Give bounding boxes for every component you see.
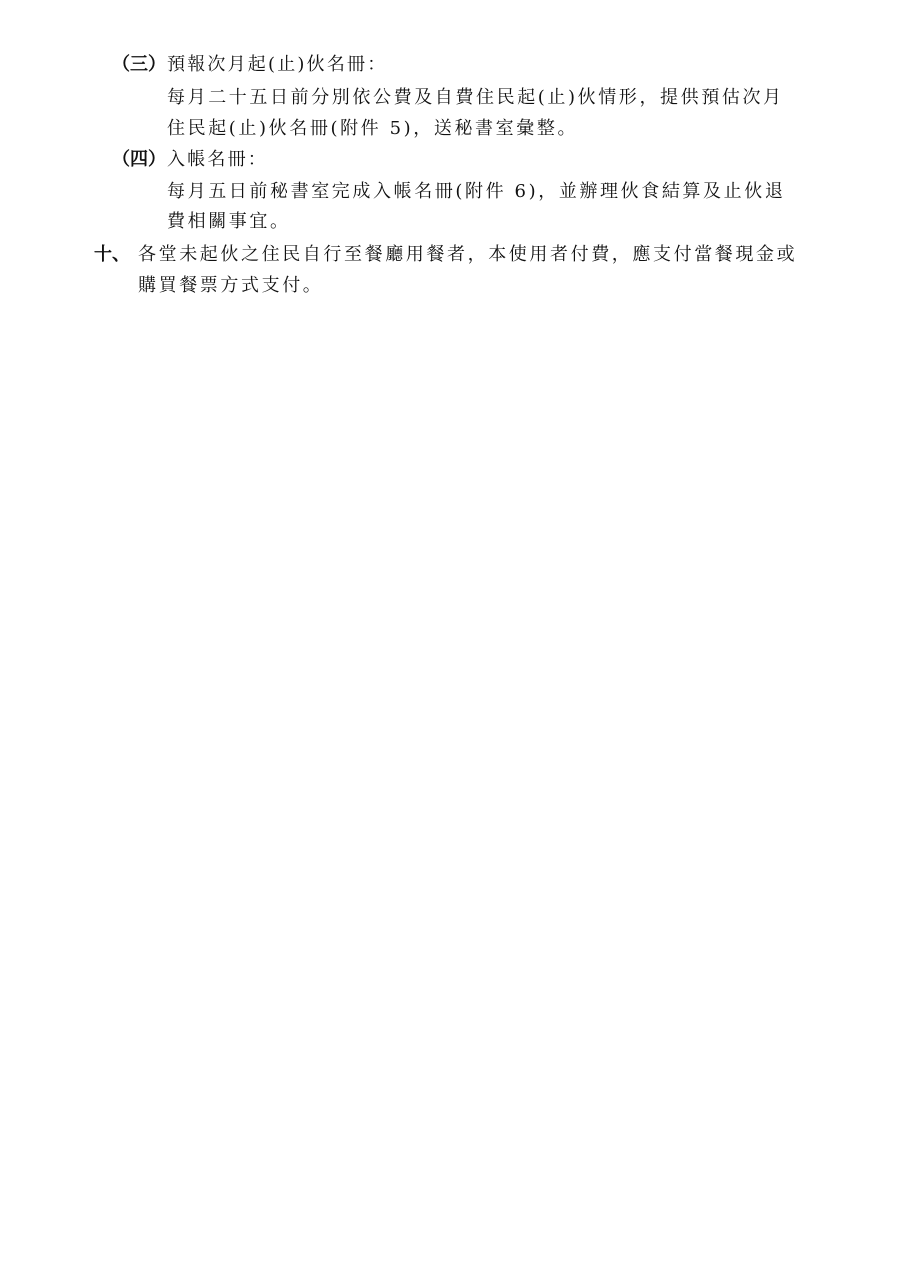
section-3-heading: 預報次月起(止)伙名冊： — [167, 53, 387, 77]
item-10-line-1: 各堂未起伙之住民自行至餐廳用餐者，本使用者付費，應支付當餐現金或 — [138, 243, 797, 267]
section-3-body-line-2: 住民起(止)伙名冊(附件 5)，送秘書室彙整。 — [167, 117, 578, 141]
item-10-line-2: 購買餐票方式支付。 — [138, 274, 323, 298]
section-4-body-line-2: 費相關事宜。 — [167, 210, 291, 234]
item-10-marker: 十、 — [94, 243, 130, 267]
section-4-marker: （四） — [112, 148, 166, 172]
section-3-marker: （三） — [112, 53, 166, 77]
section-3-body-line-1: 每月二十五日前分別依公費及自費住民起(止)伙情形，提供預估次月 — [167, 86, 784, 110]
section-4-heading: 入帳名冊： — [167, 148, 268, 172]
section-4-body-line-1: 每月五日前秘書室完成入帳名冊(附件 6)，並辦理伙食結算及止伙退 — [167, 180, 785, 204]
